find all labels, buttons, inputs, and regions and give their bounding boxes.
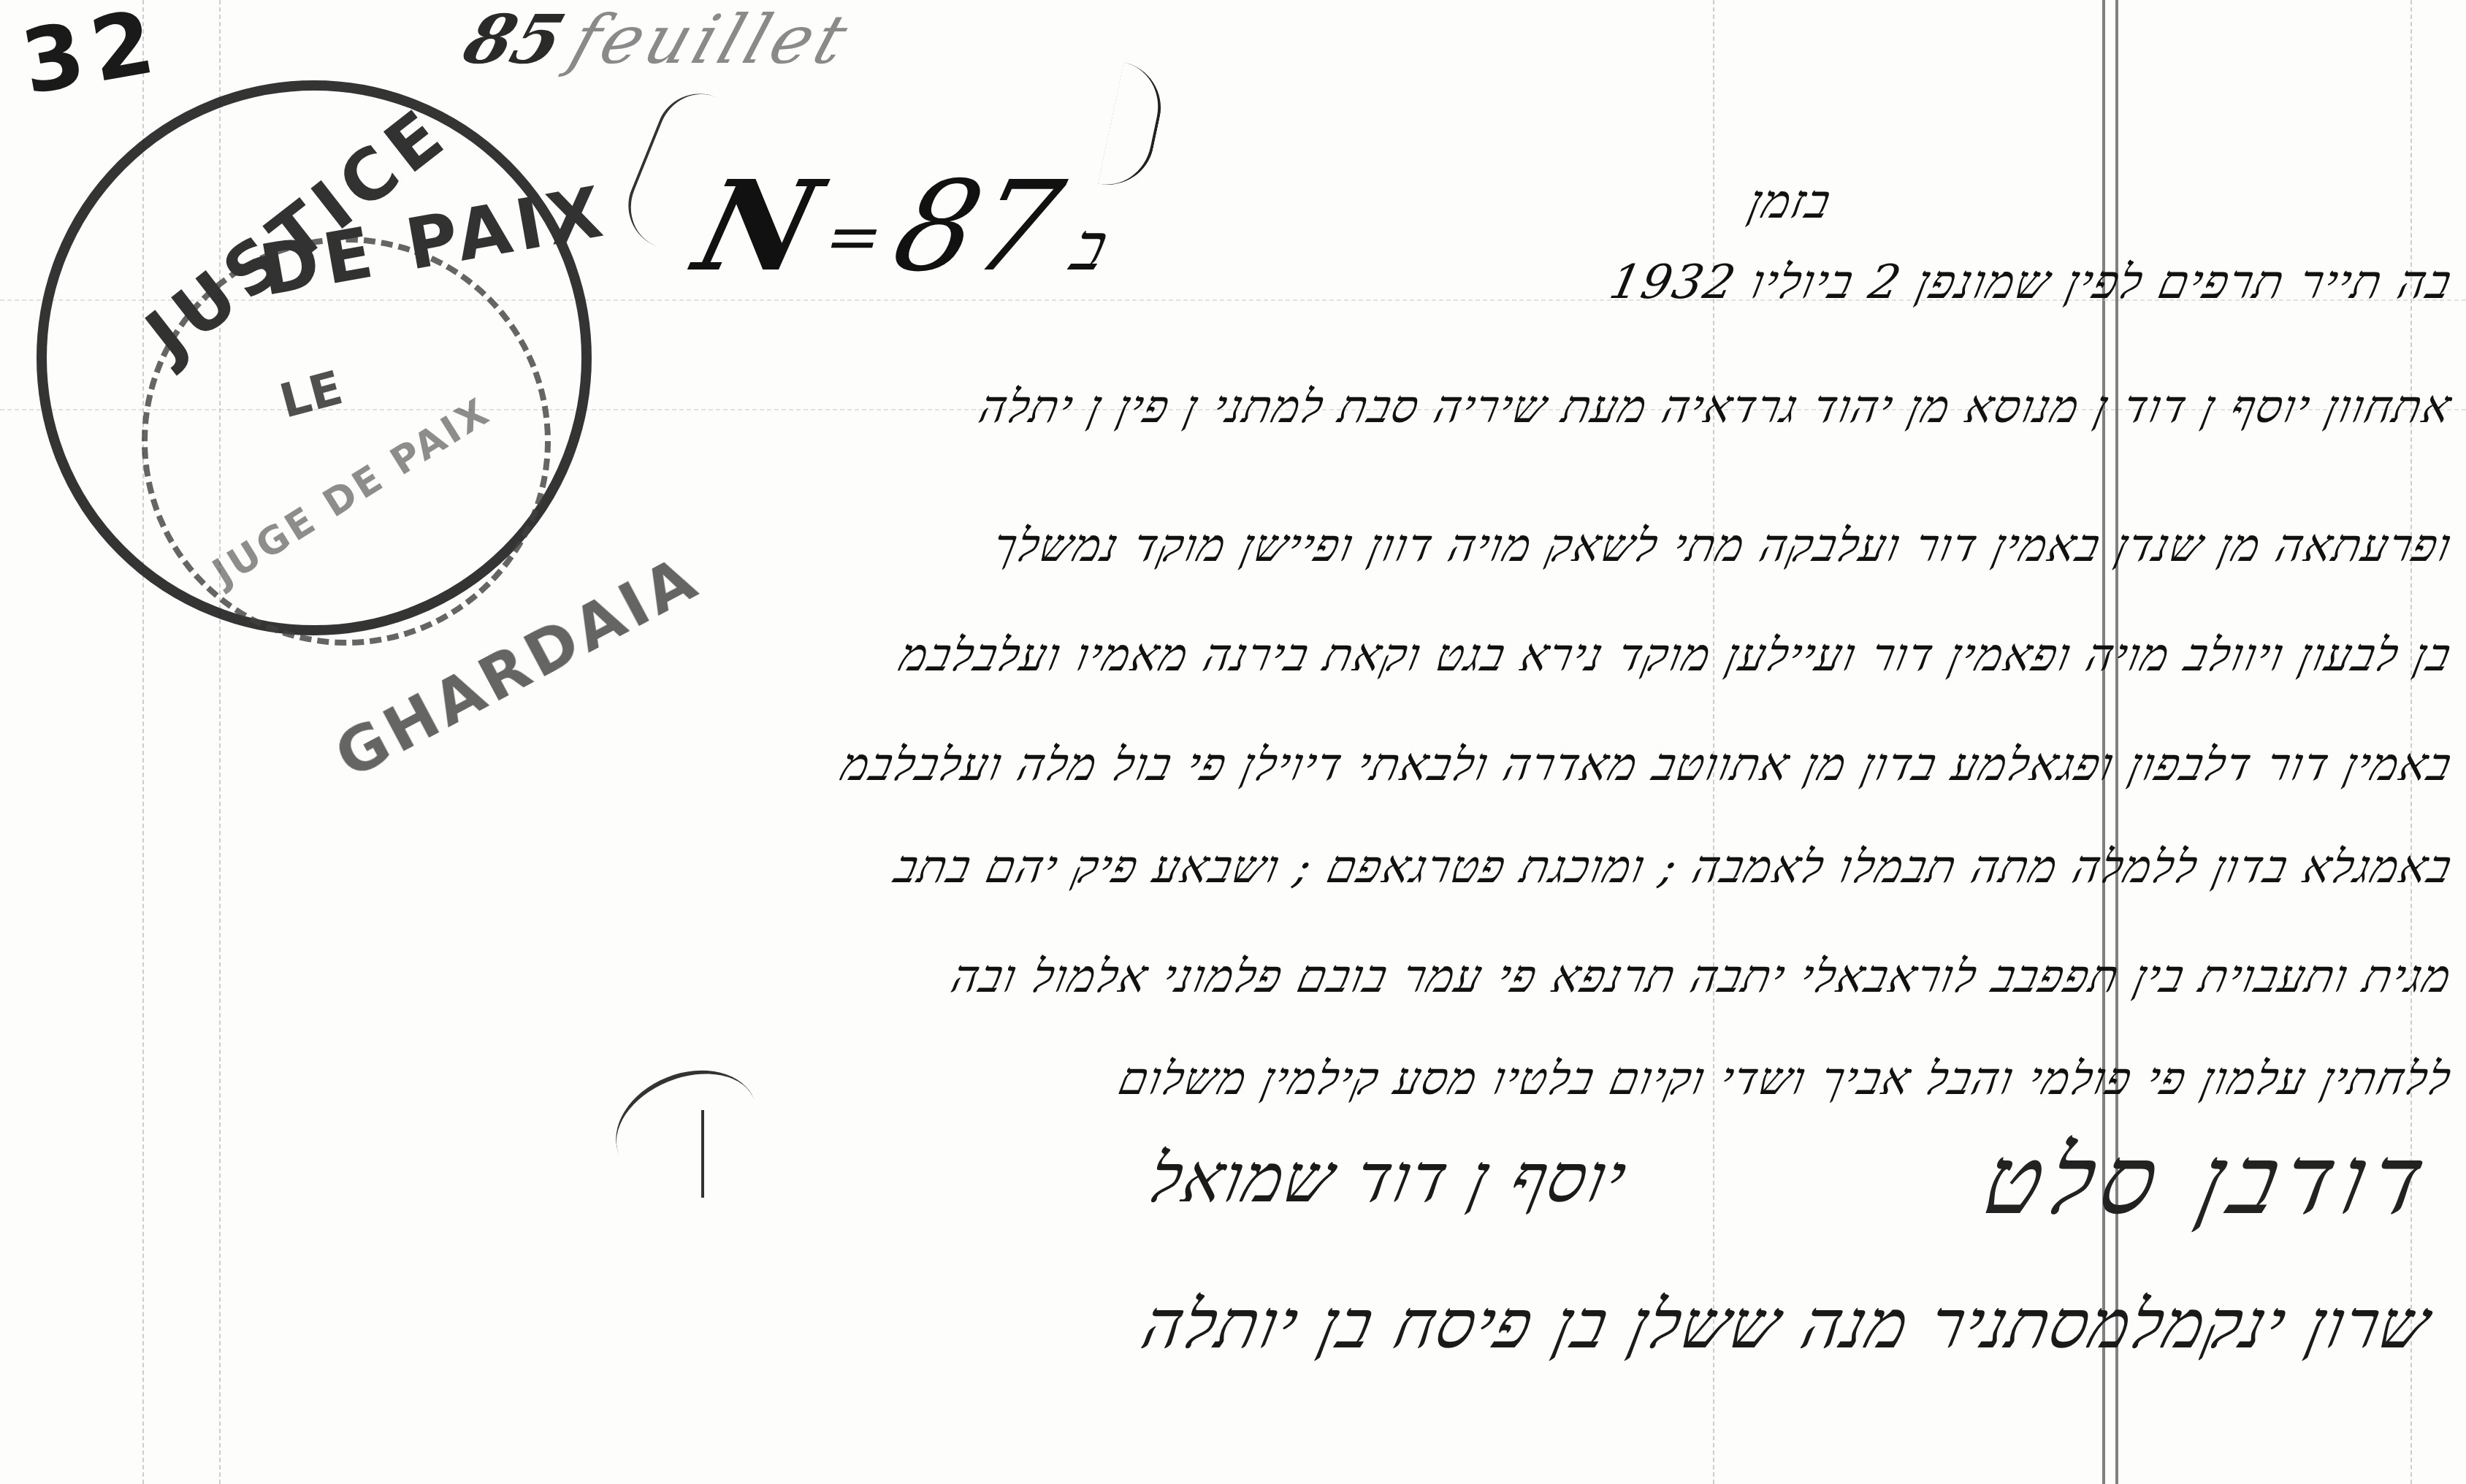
feuillet-word: feuillet [561,1,860,79]
body-line-5: באמגלא בדון ללמלה מתה תבמלו לאמבה ; ומוכ… [890,840,2457,894]
feuillet-number: 85 [454,0,573,79]
signature-cursive-1: יוסף ן דוד שמואל [1142,1139,1635,1217]
heading-date-line: בה תייר תרפים לפין שמונפן 2 ביוליו 1932 [1605,256,2457,310]
body-line-1: אתחוון יוסף ן דוד ן מנוסא מן יהוד גרדאיה… [974,380,2457,434]
act-number-separator: = [817,199,892,275]
feuillet-annotation: 85feuillet [454,0,861,79]
paraph-flourish [701,1110,704,1198]
body-line-3: בן לבעון ויוולב מויה ופאמין דור ועיילען … [896,628,2457,682]
act-number: N=87ב [683,153,1129,299]
heading-word: בזמן [1744,175,1836,229]
body-line-4: באמין דור דלבפון ופגאלמע בדון מן אתווטב … [836,738,2457,792]
paraph-flourish [599,1050,774,1204]
document-page: 32 85feuillet JUSTICE DE PAIX LE JUGE DE… [0,0,2466,1484]
justice-de-paix-stamp: JUSTICE DE PAIX LE JUGE DE PAIX GHARDAIA [37,80,592,635]
body-line-7: ללחתין עלמון פי פולמי והבל אביך ושדי וקי… [1114,1052,2457,1106]
body-line-2: ופרעתאה מן שנדן באמין דור ועלבקה מתי לשא… [988,519,2457,573]
act-number-suffix: ב [1064,209,1115,286]
body-line-6: מגית ותעבוית בין תפפבב לוראבאלי יתבה תרנ… [947,949,2457,1003]
signature-block-letters: דודבן סלט [1974,1125,2441,1236]
act-number-value: 87 [881,155,1075,299]
signature-cursive-2: שרון ינקמלמסתניר מנה ששלן בן פיסח בן יות… [1136,1285,2438,1363]
folio-number: 32 [15,0,169,115]
